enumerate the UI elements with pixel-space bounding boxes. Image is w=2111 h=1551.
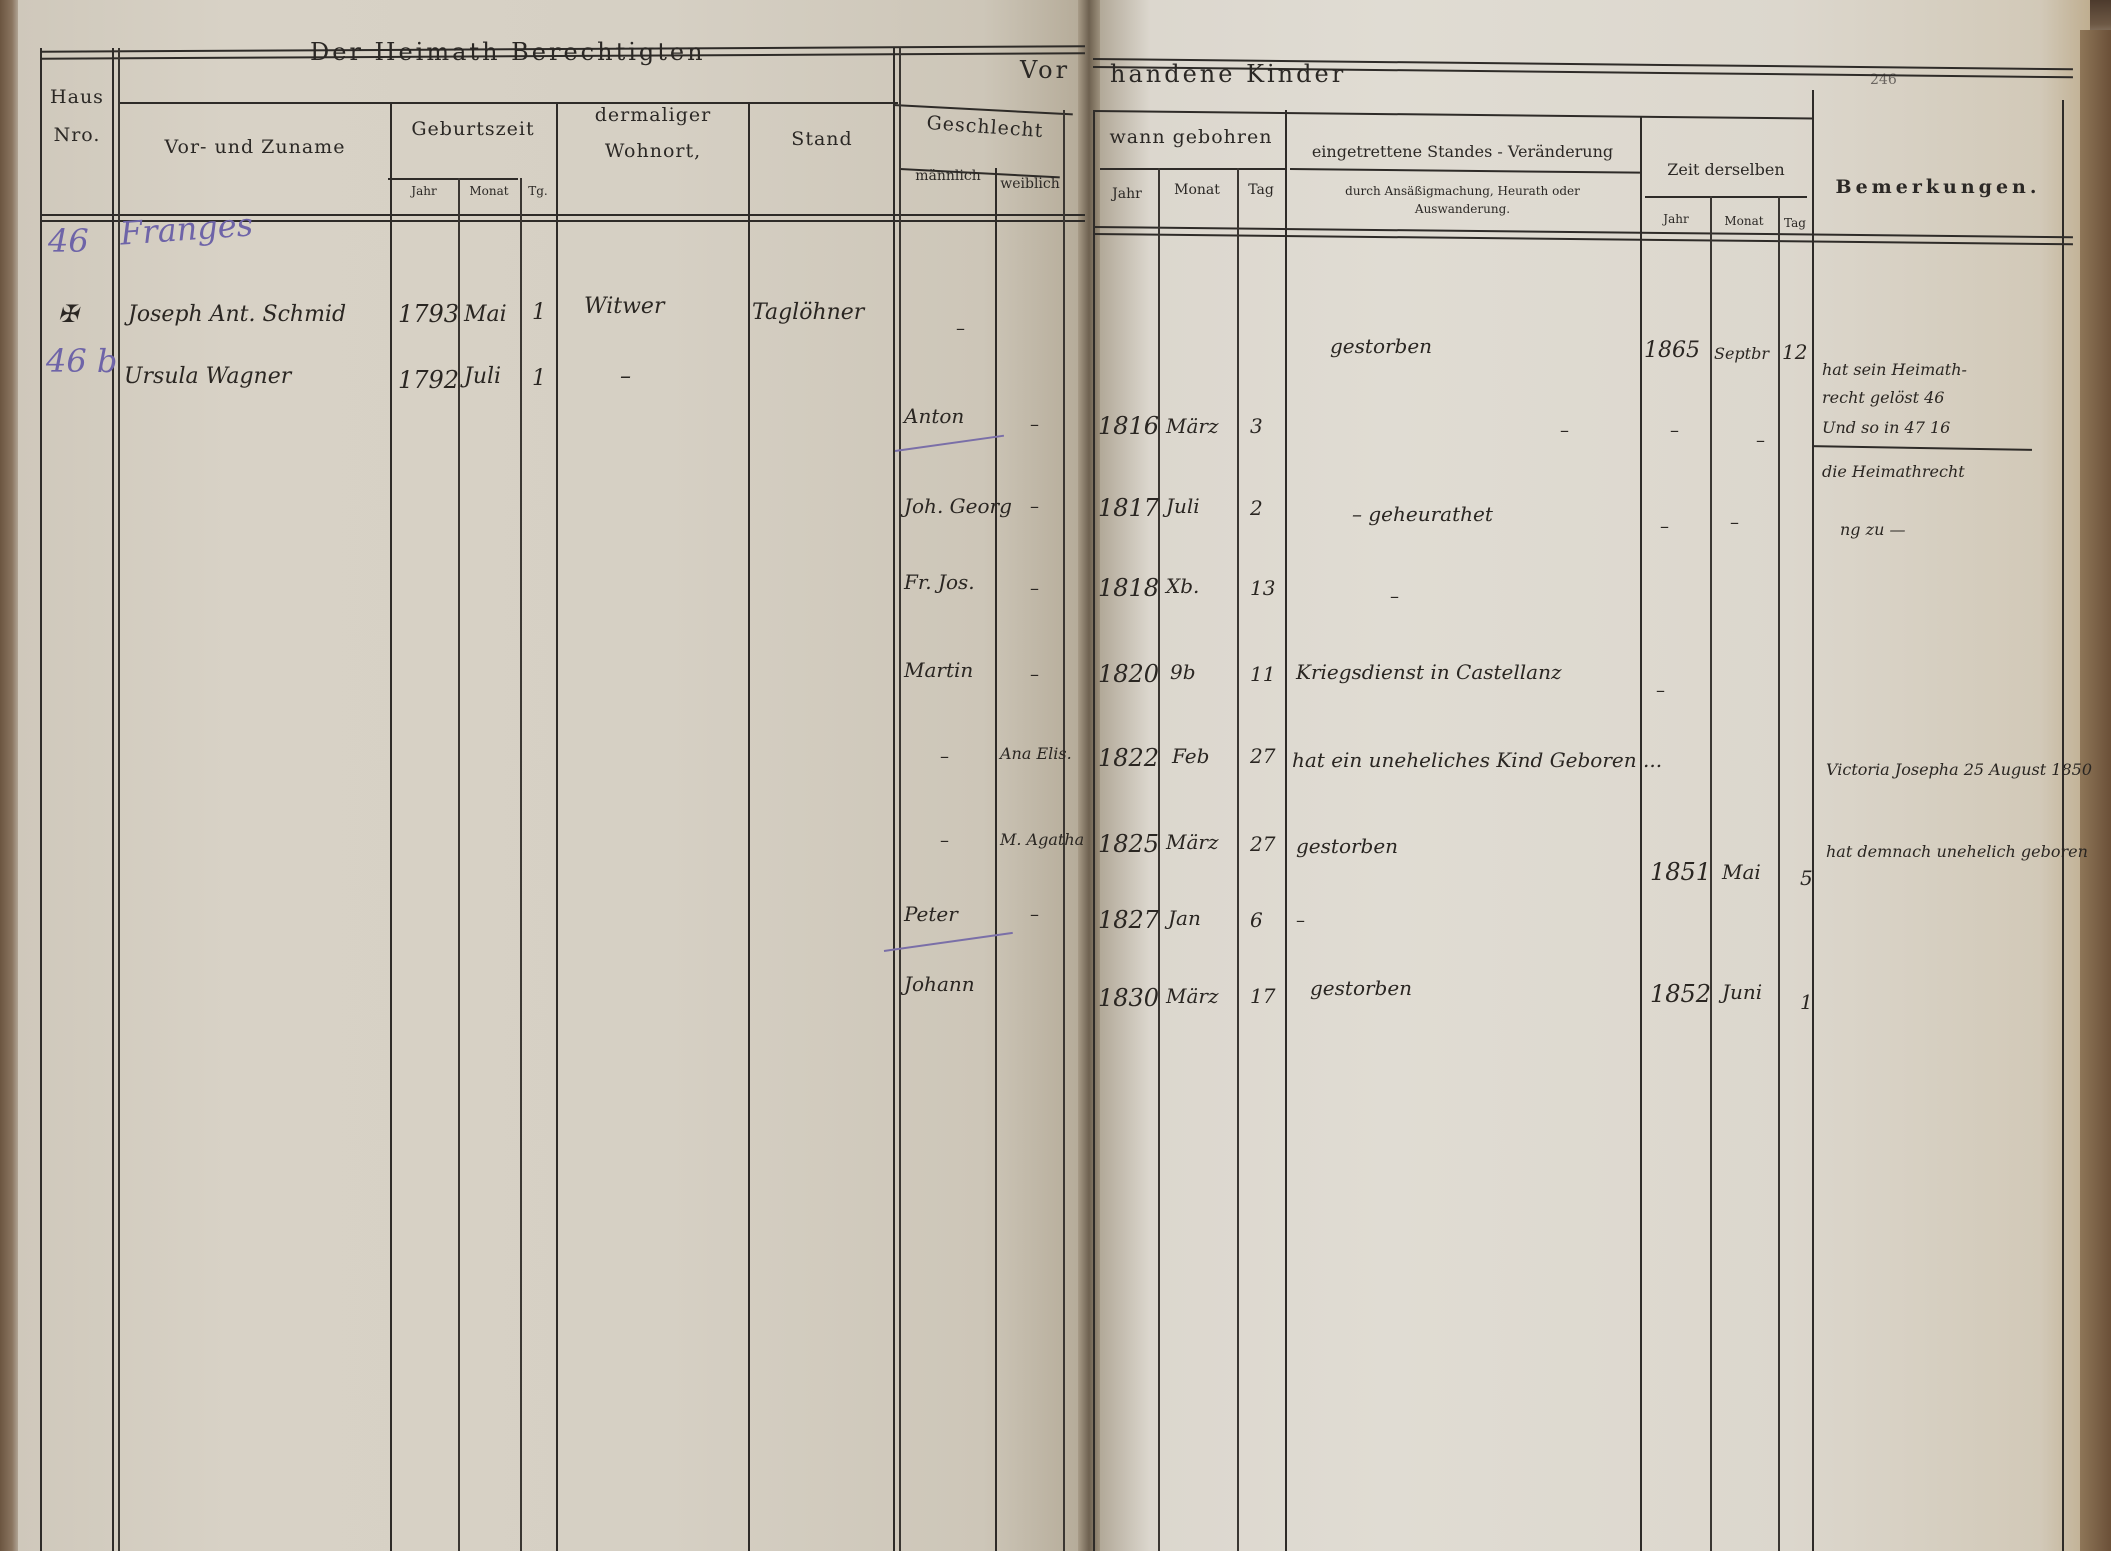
wann-tag-header: Tag [1237, 182, 1285, 198]
child-5-m: – [940, 746, 949, 767]
right-tag-sep [1285, 110, 1287, 1551]
geburt-sub-rule [388, 178, 518, 180]
child-8-change: gestorben [1310, 976, 1412, 1000]
child-6-zeit-year: 1851 [1650, 858, 1711, 886]
child-2-zeit-year: – [1660, 516, 1669, 537]
right-wann-left [1093, 110, 1095, 1551]
head-birth-month: Mai [464, 302, 507, 327]
child-8-zeit-day: 1 [1800, 990, 1813, 1014]
zeit-header: Zeit derselben [1642, 160, 1810, 179]
col-stand-sep-2 [899, 48, 901, 1551]
col-tag-sep [556, 102, 558, 1551]
child-1-m: Anton [904, 404, 964, 428]
nro-label: Nro. [44, 124, 110, 146]
geburtszeit-header: Geburtszeit [392, 118, 554, 140]
wann-sub-rule [1100, 168, 1285, 170]
head-name: Joseph Ant. Schmid [128, 302, 346, 327]
right-jahr-sep [1158, 168, 1160, 1551]
left-title: Der Heimath Berechtigten [310, 38, 706, 66]
remark-line-5: ng zu — [1840, 520, 1905, 539]
child-2-day: 2 [1250, 496, 1263, 520]
left-border [40, 48, 42, 1551]
child-6-remark: hat demnach unehelich geboren [1826, 842, 2088, 861]
child-7-change: – [1296, 910, 1305, 931]
col-name-sep [390, 102, 392, 1551]
kinder-title: handene Kinder [1110, 60, 1346, 88]
child-4-year: 1820 [1098, 660, 1159, 688]
child-1-day: 3 [1250, 414, 1263, 438]
head-birth-day: 1 [532, 300, 546, 325]
head-change-month: Septbr [1714, 344, 1769, 363]
child-4-day: 11 [1250, 662, 1275, 686]
geburt-tag-header: Tg. [520, 184, 556, 198]
child-4-change: Kriegsdienst in Castellanz [1296, 660, 1562, 684]
child-8-year: 1830 [1098, 984, 1159, 1012]
child-1-year: 1816 [1098, 412, 1159, 440]
col-monat-sep [520, 178, 522, 1551]
head-change-year: 1865 [1644, 338, 1700, 363]
child-4-month: 9b [1170, 660, 1196, 684]
child-1-zeit-year: – [1670, 420, 1679, 441]
child-8-day: 17 [1250, 984, 1275, 1008]
standes-header: eingetrettene Standes - Veränderung [1290, 142, 1635, 161]
right-bemerk-sep [1812, 90, 1814, 1551]
col-wohnort-sep [748, 102, 750, 1551]
spouse-birth-day: 1 [532, 366, 546, 391]
child-3-change: – [1390, 586, 1399, 607]
child-2-year: 1817 [1098, 494, 1159, 522]
child-6-w: M. Agatha [1000, 830, 1084, 849]
child-4-zeit-year: – [1656, 680, 1665, 701]
spouse-birth-month: Juli [464, 364, 501, 389]
child-5-day: 27 [1250, 744, 1275, 768]
child-6-zeit-month: Mai [1722, 860, 1761, 884]
child-2-m: Joh. Georg [904, 494, 1012, 518]
right-standes-sep [1640, 116, 1642, 1551]
head-birth-year: 1793 [398, 300, 459, 328]
child-7-m: Peter [904, 902, 958, 926]
zeit-monat-header: Monat [1710, 214, 1778, 228]
child-5-change: hat ein uneheliches Kind Geboren ... [1292, 748, 1662, 772]
zeit-tag-header: Tag [1778, 216, 1812, 230]
standes-sub-1: durch Ansäßigmachung, Heurath oder [1290, 184, 1635, 198]
spouse-name: Ursula Wagner [124, 364, 291, 389]
child-6-zeit-day: 5 [1800, 866, 1813, 890]
child-1-w: – [1030, 414, 1039, 435]
child-5-year: 1822 [1098, 744, 1159, 772]
child-4-m: Martin [904, 658, 973, 682]
child-2-w: – [1030, 496, 1039, 517]
child-7-month: Jan [1168, 906, 1201, 930]
child-3-day: 13 [1250, 576, 1275, 600]
child-5-remark: Victoria Josepha 25 August 1850 [1826, 760, 2092, 779]
col-haus-sep [112, 48, 114, 1551]
spouse-birth-year: 1792 [398, 366, 459, 394]
remark-line-1: hat sein Heimath- [1822, 360, 1967, 379]
child-8-zeit-month: Juni [1722, 980, 1762, 1004]
book-cover-edge [2080, 30, 2111, 1551]
stand-header: Stand [752, 128, 892, 150]
child-1-month: März [1166, 414, 1219, 438]
wohnort-header-1: dermaliger [560, 104, 746, 126]
weiblich-header: weiblich [998, 176, 1062, 192]
child-8-zeit-year: 1852 [1650, 980, 1711, 1008]
remark-line-4: die Heimathrecht [1822, 462, 1965, 481]
child-6-day: 27 [1250, 832, 1275, 856]
house-number: 46 b [46, 342, 117, 380]
house-mark: ✠ [58, 300, 78, 328]
child-3-month: Xb. [1166, 574, 1199, 598]
right-monat-sep [1237, 168, 1239, 1551]
child-7-day: 6 [1250, 908, 1263, 932]
head-change: gestorben [1330, 334, 1432, 358]
child-6-year: 1825 [1098, 830, 1159, 858]
child-6-month: März [1166, 830, 1219, 854]
zeit-jahr-header: Jahr [1642, 212, 1710, 226]
col-haus-sep-2 [118, 48, 120, 1551]
name-header: Vor- und Zuname [130, 136, 380, 158]
right-border [2062, 100, 2064, 1551]
child-2-zeit-month: – [1730, 512, 1739, 533]
remark-line-2: recht gelöst 46 [1822, 388, 1944, 407]
head-wohnort: Witwer [584, 294, 664, 319]
vor-label: Vor [1020, 56, 1070, 84]
bemerkungen-header: Bemerkungen. [1816, 176, 2060, 198]
child-3-year: 1818 [1098, 574, 1159, 602]
maennlich-header: männlich [902, 168, 994, 184]
child-2-change: – geheurathet [1352, 502, 1493, 526]
wohnort-header-2: Wohnort, [560, 140, 746, 162]
child-1-change: – [1560, 420, 1569, 441]
child-3-m: Fr. Jos. [904, 570, 975, 594]
head-change-day: 12 [1782, 340, 1807, 364]
left-title-rule [118, 102, 898, 104]
child-7-w: – [1030, 904, 1039, 925]
geburt-jahr-header: Jahr [392, 184, 456, 198]
child-2-month: Juli [1166, 494, 1200, 518]
ledger-photo: 246 Der Heimath Berechtigten Haus Nro. V… [0, 0, 2111, 1551]
child-1-zeit-month: – [1756, 430, 1765, 451]
wann-gebohren-header: wann gebohren [1098, 126, 1284, 148]
child-4-w: – [1030, 664, 1039, 685]
child-6-m: – [940, 830, 949, 851]
child-8-m: Johann [904, 972, 975, 996]
child-7-year: 1827 [1098, 906, 1159, 934]
child-8-month: März [1166, 984, 1219, 1008]
child-3-w: – [1030, 578, 1039, 599]
wann-jahr-header: Jahr [1096, 186, 1158, 202]
spouse-wohnort: – [620, 364, 631, 389]
col-m-w-sep [995, 168, 997, 1551]
col-stand-sep [893, 48, 895, 1551]
wann-monat-header: Monat [1158, 182, 1236, 198]
standes-sub-2: Auswanderung. [1290, 202, 1635, 216]
child-6-change: gestorben [1296, 834, 1398, 858]
zeit-sub-rule [1645, 196, 1807, 198]
head-stand: Taglöhner [752, 300, 864, 325]
haus-label: Haus [44, 86, 110, 108]
right-zeit-monat-sep [1778, 196, 1780, 1551]
child-5-w: Ana Elis. [1000, 744, 1072, 763]
house-number-old: 46 [48, 222, 89, 260]
geburt-monat-header: Monat [458, 184, 520, 198]
remark-line-3: Und so in 47 16 [1822, 418, 1950, 437]
child-5-month: Feb [1172, 744, 1209, 768]
